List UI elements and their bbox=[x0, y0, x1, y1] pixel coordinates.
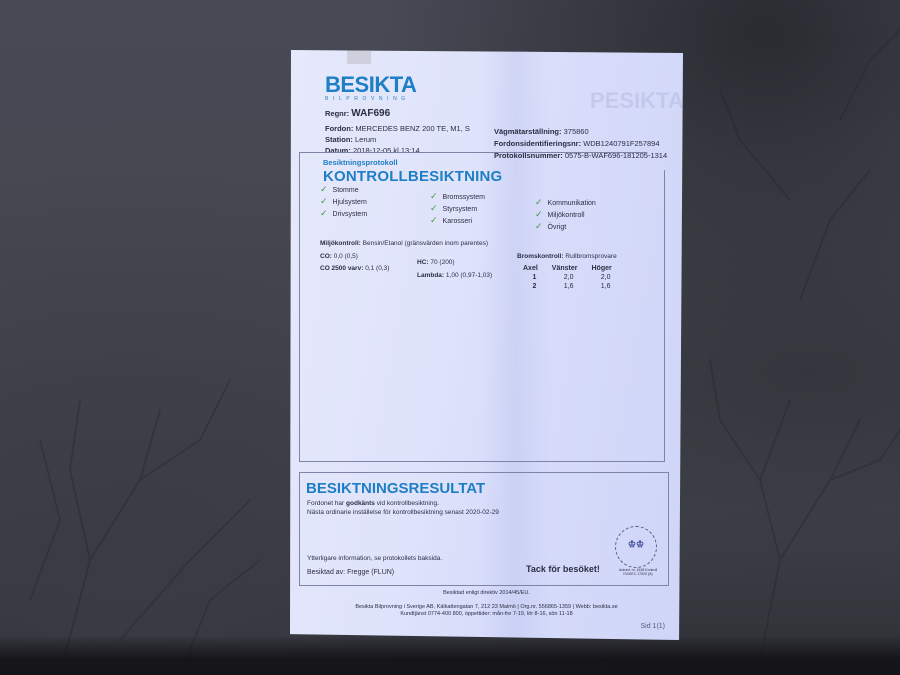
checklist-item: ✓Hjulsystem bbox=[320, 196, 367, 207]
brake-column-header: Vänster bbox=[552, 264, 592, 273]
checklist-label: Bromssystem bbox=[443, 194, 485, 201]
checkmark-icon: ✓ bbox=[320, 184, 328, 194]
checklist-label: Hjulsystem bbox=[333, 199, 367, 206]
checklist-item: ✓Drivsystem bbox=[320, 208, 367, 219]
brake-column-header: Höger bbox=[591, 264, 625, 273]
lambda-value: Lambda: 1,00 (0,97-1,03) bbox=[417, 272, 492, 279]
checklist-item: ✓Bromssystem bbox=[430, 191, 485, 202]
checkmark-icon: ✓ bbox=[430, 215, 438, 225]
checkmark-icon: ✓ bbox=[430, 191, 438, 201]
co2500-value: CO 2500 varv: 0,1 (0,3) bbox=[320, 265, 389, 272]
regnr-field: Regnr: WAF696 bbox=[325, 108, 390, 119]
page-number: Sid 1(1) bbox=[640, 623, 665, 630]
checklist-item: ✓Kommunikation bbox=[535, 197, 596, 208]
brake-cell: 1,6 bbox=[591, 282, 625, 291]
checklist-label: Miljökontroll bbox=[548, 212, 585, 219]
checklist-item: ✓Styrsystem bbox=[430, 203, 477, 214]
checklist-item: ✓Miljökontroll bbox=[535, 209, 585, 220]
checklist-label: Kommunikation bbox=[548, 200, 596, 207]
protocol-subtitle: Besiktningsprotokoll bbox=[323, 158, 398, 167]
more-info-text: Ytterligare information, se protokollets… bbox=[307, 555, 442, 562]
checklist-label: Karosseri bbox=[443, 218, 473, 225]
brake-column-header: Axel bbox=[523, 264, 552, 273]
seal-caption: Ackred. nr. 1618 Kontroll ISO/IEC 17020 … bbox=[618, 568, 658, 576]
inspector-line: Besiktad av: Fregge (FLUN) bbox=[307, 569, 394, 576]
tape-strip bbox=[347, 50, 371, 64]
brake-cell: 2,0 bbox=[552, 273, 592, 282]
brake-row: 21,61,6 bbox=[523, 282, 626, 291]
besikta-logo: BESIKTA BILPROVNING bbox=[325, 72, 416, 102]
brake-cell: 1 bbox=[523, 273, 552, 282]
checkmark-icon: ✓ bbox=[320, 196, 328, 206]
checklist-label: Stomme bbox=[333, 187, 359, 194]
checkmark-icon: ✓ bbox=[430, 203, 438, 213]
checklist-label: Drivsystem bbox=[333, 211, 368, 218]
bleed-through-text: PESIKTA bbox=[590, 88, 684, 114]
brake-cell: 2 bbox=[523, 282, 552, 291]
company-info: Besikta Bilprovning i Sverige AB, Kälkat… bbox=[290, 604, 683, 610]
vin-field: Fordonsidentifieringsnr: WDB1240791F2578… bbox=[494, 139, 660, 148]
hc-value: HC: 70 (200) bbox=[417, 259, 455, 266]
checklist-item: ✓Stomme bbox=[320, 184, 359, 195]
shadow-band bbox=[0, 635, 900, 675]
brake-heading: Bromskontroll: Rullbromsprovare bbox=[517, 253, 617, 260]
checkmark-icon: ✓ bbox=[320, 208, 328, 218]
inspection-protocol-sheet: PESIKTA BESIKTA BILPROVNING Regnr: WAF69… bbox=[290, 48, 683, 640]
fordon-field: Fordon: MERCEDES BENZ 200 TE, M1, S bbox=[325, 124, 470, 133]
brake-row: 12,02,0 bbox=[523, 273, 626, 282]
odometer-field: Vägmätarställning: 375860 bbox=[494, 127, 589, 136]
checkmark-icon: ✓ bbox=[535, 197, 543, 207]
next-inspection-line: Nästa ordinarie inställelse för kontroll… bbox=[307, 509, 499, 516]
checklist-label: Styrsystem bbox=[443, 206, 478, 213]
brake-cell: 2,0 bbox=[591, 273, 625, 282]
swedac-seal-icon: ♔♔ bbox=[615, 526, 657, 568]
logo-wordmark: BESIKTA bbox=[325, 72, 416, 98]
approved-status: godkänts bbox=[346, 500, 375, 507]
regnr-value: WAF696 bbox=[351, 108, 390, 119]
checklist-item: ✓Karosseri bbox=[430, 215, 472, 226]
directive-text: Besiktad enligt direktiv 2014/45/EU. bbox=[290, 590, 683, 596]
station-field: Station: Lerum bbox=[325, 135, 376, 144]
emissions-heading: Miljökontroll: Bensin/Etanol (gränsvärde… bbox=[320, 240, 488, 247]
co-value: CO: 0,0 (0,5) bbox=[320, 253, 358, 260]
brake-table: AxelVänsterHöger 12,02,021,61,6 bbox=[523, 264, 626, 291]
checkmark-icon: ✓ bbox=[535, 209, 543, 219]
result-approved-line: Fordonet har godkänts vid kontrollbesikt… bbox=[307, 500, 439, 507]
checkmark-icon: ✓ bbox=[535, 221, 543, 231]
result-title: BESIKTNINGSRESULTAT bbox=[306, 480, 485, 497]
checklist-item: ✓Övrigt bbox=[535, 221, 566, 232]
thanks-text: Tack för besöket! bbox=[526, 564, 600, 574]
customer-service-info: Kundtjänst 0774-400 800, öppettider: mån… bbox=[290, 611, 683, 617]
brake-cell: 1,6 bbox=[552, 282, 592, 291]
logo-tagline: BILPROVNING bbox=[325, 96, 416, 102]
checklist-label: Övrigt bbox=[548, 224, 567, 231]
protocol-title: KONTROLLBESIKTNING bbox=[323, 168, 502, 185]
